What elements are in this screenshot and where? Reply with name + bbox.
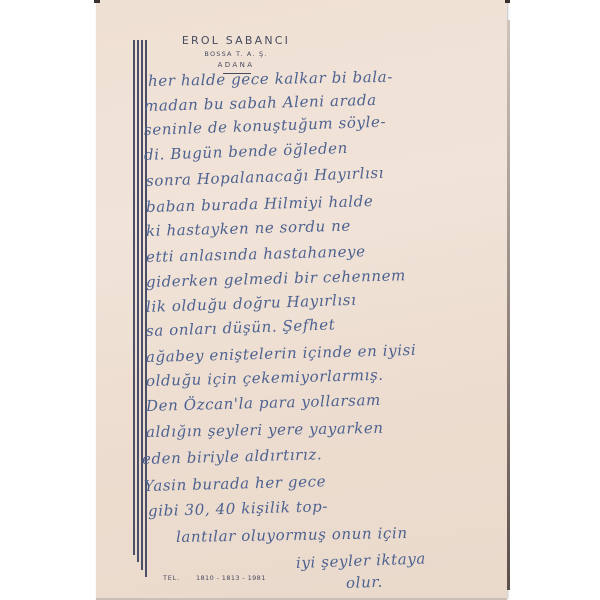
handwritten-line: iyi şeyler iktaya <box>296 549 427 572</box>
paper-edge-shadow <box>507 20 510 590</box>
handwritten-line: sa onları düşün. Şefhet <box>146 315 336 340</box>
letter-sheet: EROL SABANCI BOSSA T. A. Ş. ADANA TEL.18… <box>96 0 507 598</box>
letterhead-company: BOSSA T. A. Ş. <box>156 50 316 58</box>
handwritten-line: olur. <box>346 573 383 592</box>
handwritten-line: olduğu için çekemiyorlarmış. <box>146 366 384 390</box>
handwritten-line: etti anlasında hastahaneye <box>146 242 366 266</box>
letterhead-telephone: TEL.1810 - 1813 - 1981 <box>163 574 266 582</box>
handwritten-line: giderken gelmedi bir cehennem <box>146 266 406 291</box>
handwritten-line: her halde gece kalkar bi bala- <box>148 68 393 90</box>
handwritten-line: lantılar oluyormuş onun için <box>176 524 408 546</box>
handwritten-line: ağabey eniştelerin içinde en iyisi <box>146 341 417 366</box>
letterhead-rule-line <box>141 40 143 570</box>
handwritten-line: aldığın şeyleri yere yayarken <box>146 419 384 441</box>
handwritten-line: gibi 30, 40 kişilik top- <box>148 497 328 520</box>
handwritten-line: lik olduğu doğru Hayırlısı <box>146 291 357 316</box>
handwritten-line: baban burada Hilmiyi halde <box>146 192 374 216</box>
letterhead-name: EROL SABANCI <box>156 34 316 47</box>
letterhead-rule-line <box>137 40 139 562</box>
tel-numbers: 1810 - 1813 - 1981 <box>196 574 266 582</box>
tel-label: TEL. <box>163 574 180 582</box>
handwritten-line: sonra Hopalanacağı Hayırlısı <box>146 164 385 190</box>
handwritten-line: madan bu sabah Aleni arada <box>144 91 377 115</box>
letterhead-city: ADANA <box>156 61 316 69</box>
handwritten-line: ki hastayken ne sordu ne <box>146 217 351 240</box>
handwritten-line: Den Özcan'la para yollarsam <box>146 391 381 415</box>
handwritten-line: seninle de konuştuğum söyle- <box>144 113 387 139</box>
handwritten-line: di. Bugün bende öğleden <box>144 139 348 164</box>
letterhead-rule-line <box>133 40 135 555</box>
handwritten-line: eden biriyle aldırtırız. <box>142 445 323 468</box>
handwritten-line: Yasin burada her gece <box>144 472 327 495</box>
